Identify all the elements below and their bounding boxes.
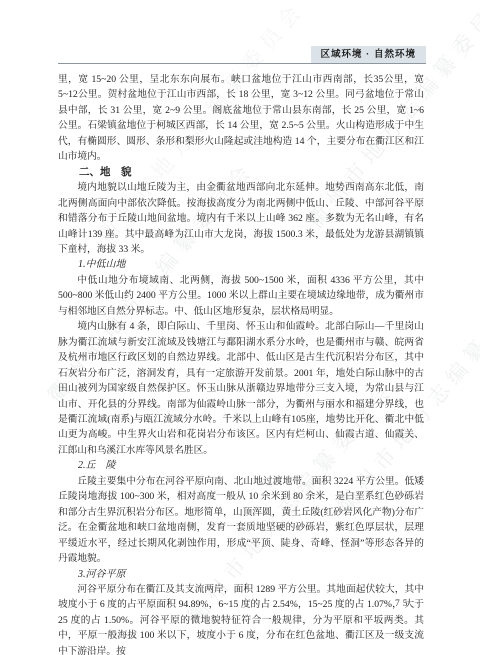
section-heading: 二、地 貌 <box>58 165 424 180</box>
paragraph-continued: 里，宽 15~20 公里，呈北东东向展布。峡口盆地位于江山市西南部，长35公里，… <box>58 72 424 165</box>
header-rule <box>58 63 426 64</box>
sub-heading: 3.河谷平原 <box>58 567 424 582</box>
page-number: · 75 · <box>383 599 422 609</box>
sub-heading: 2.丘 陵 <box>58 458 424 473</box>
sub-heading: 1.中低山地 <box>58 257 424 272</box>
paragraph: 中低山地分布境域南、北两侧，海拔 500~1500 米，面积 4336 平方公里… <box>58 273 424 319</box>
paragraph: 丘陵主要集中分布在河谷平原向南、北山地过渡地带。面积 3224 平方公里。低矮丘… <box>58 474 424 567</box>
paragraph: 河谷平原分布在衢江及其支流两岸，面积 1289 平方公里。其地面起伏较大，其中坡… <box>58 582 424 655</box>
section-header-label: 区域环境 · 自然环境 <box>311 46 426 63</box>
paragraph: 境内地貌以山地丘陵为主，由金衢盆地西部向北东延伸。地势西南高东北低，南北两侧高面… <box>58 180 424 257</box>
paragraph: 境内山脉有 4 条，即白际山、千里岗、怀玉山和仙霞岭。北部白际山—千里岗山脉为衢… <box>58 319 424 458</box>
page-body: 里，宽 15~20 公里，呈北东东向展布。峡口盆地位于江山市西南部，长35公里，… <box>58 72 424 655</box>
document-page: 衢州市地方志编纂委员会 衢州市地方志编纂委员会 衢州市地方志编纂委员会 衢州市地… <box>0 0 480 655</box>
